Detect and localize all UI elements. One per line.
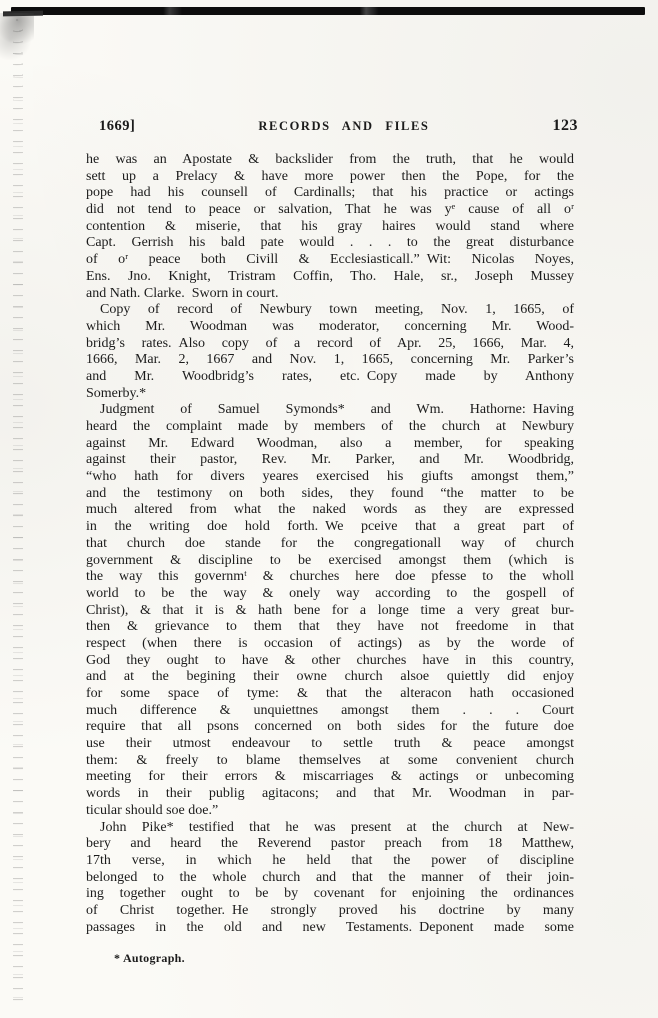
text-line: that church doe stande for the congregat… [86,536,574,553]
text-line: passages in the old and new Testaments. … [86,920,574,937]
text-line: 17th verse, in which he held that the po… [86,853,574,870]
text-line: which Mr. Woodman was moderator, concern… [86,319,574,336]
page-header: 1669] RECORDS AND FILES 123 [99,117,578,135]
text-line: did not tend to peace or salvation, That… [86,202,574,219]
header-year: 1669] [99,118,135,135]
text-line: bridg’s rates. Also copy of a record of … [86,336,574,353]
text-line: sett up a Prelacy & have more power then… [86,169,574,186]
scan-edge-bar [11,7,645,15]
paragraph: John Pike* testified that he was present… [86,820,574,937]
text-line: and Nath. Clarke. Sworn in court. [86,286,574,303]
text-line: in the writing doe hold forth. We pceive… [86,519,574,536]
page-number: 123 [553,117,579,135]
text-line: world to be the way & onely way accordin… [86,586,574,603]
text-line: and at the begining their owne church al… [86,669,574,686]
text-line: respect (when there is occasion of actin… [86,636,574,653]
text-line: ticular should soe doe.” [86,803,574,820]
text-line: require that all psons concerned on both… [86,719,574,736]
text-line: and the testimony on both sides, they fo… [86,486,574,503]
paragraph: Copy of record of Newbury town meeting, … [86,302,574,402]
text-line: heard the complaint made by members of t… [86,419,574,436]
text-line: against their pastor, Rev. Mr. Parker, a… [86,452,574,469]
page-body: he was an Apostate & backslider from the… [86,152,574,936]
text-line: Christ), & that it is & hath bene for a … [86,603,574,620]
text-line: them: & freely to blame themselves at so… [86,753,574,770]
text-line: Somerby.* [86,386,574,403]
text-line: use their utmost endeavour to settle tru… [86,736,574,753]
text-line: against Mr. Edward Woodman, also a membe… [86,436,574,453]
text-line: of Christ together. He strongly proved h… [86,903,574,920]
text-line: 1666, Mar. 2, 1667 and Nov. 1, 1665, con… [86,352,574,369]
text-line: John Pike* testified that he was present… [86,820,574,837]
text-line: belonged to the whole church and that th… [86,870,574,887]
text-line: he was an Apostate & backslider from the… [86,152,574,169]
text-line: Ens. Jno. Knight, Tristram Coffin, Tho. … [86,269,574,286]
text-line: ing together ought to be by covenant for… [86,886,574,903]
text-line: government & discipline to be exercised … [86,553,574,570]
text-line: bery and heard the Reverend pastor preac… [86,836,574,853]
text-line: much altered from what the naked words a… [86,502,574,519]
text-line: meeting for their errors & miscarriages … [86,769,574,786]
scanned-book-page: 1669] RECORDS AND FILES 123 he was an Ap… [0,0,658,1018]
paragraph: he was an Apostate & backslider from the… [86,152,574,302]
text-line: the way this governmᵗ & churches here do… [86,569,574,586]
footnote: * Autograph. [114,951,185,966]
text-line: then & grievance to them that they have … [86,619,574,636]
text-line: God they ought to have & other churches … [86,653,574,670]
paragraph: Judgment of Samuel Symonds* and Wm. Hath… [86,402,574,819]
text-line: “who hath for divers yeares exercised hi… [86,469,574,486]
text-line: contention & miserie, that his gray hair… [86,219,574,236]
text-line: words in their publig agitacons; and tha… [86,786,574,803]
text-line: pope had his counsell of Cardinalls; tha… [86,185,574,202]
text-line: Copy of record of Newbury town meeting, … [86,302,574,319]
text-line: and Mr. Woodbridg’s rates, etc. Copy mad… [86,369,574,386]
text-line: much difference & unquiettnes amongst th… [86,703,574,720]
text-line: of oʳ peace both Civill & Ecclesiastical… [86,252,574,269]
text-line: Judgment of Samuel Symonds* and Wm. Hath… [86,402,574,419]
text-line: Capt. Gerrish his bald pate would . . . … [86,235,574,252]
scan-edge-noise [13,14,23,1004]
running-title: RECORDS AND FILES [135,119,552,134]
text-line: for some space of tyme: & that the alter… [86,686,574,703]
